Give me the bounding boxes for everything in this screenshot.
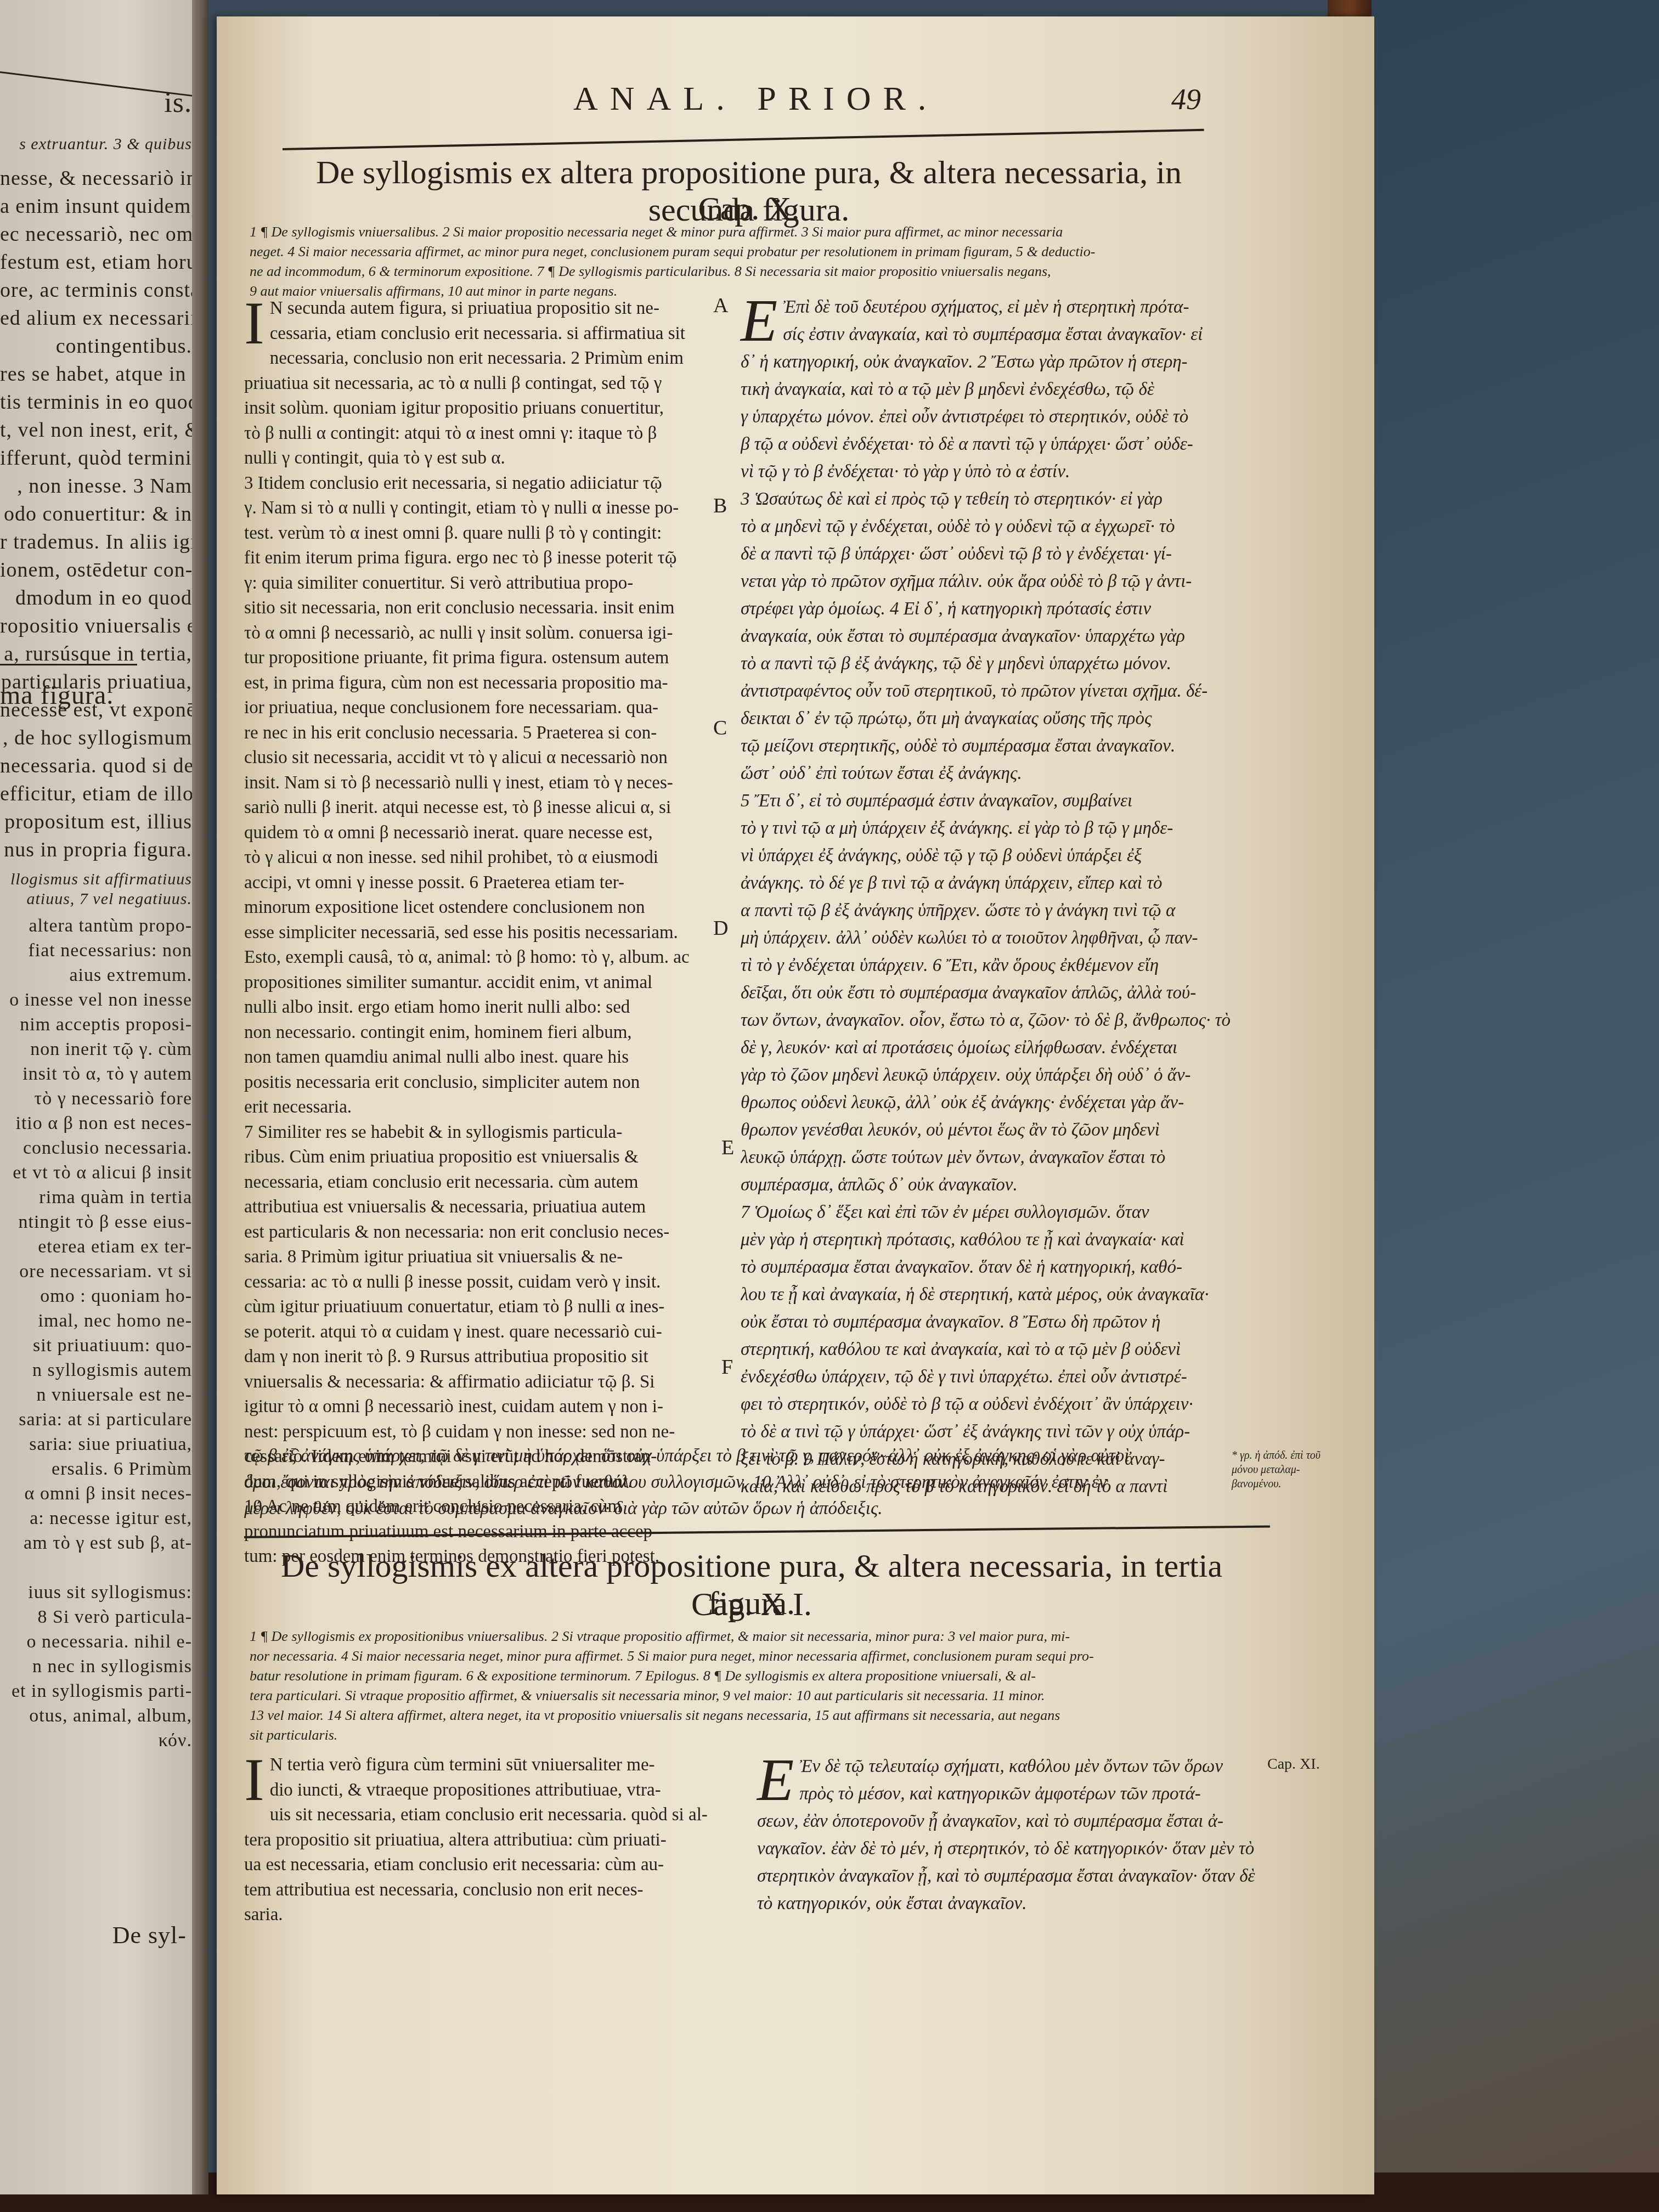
header-rule: [283, 129, 1204, 150]
dropcap-I: I: [244, 1755, 264, 1804]
right-page: ANAL. PRIOR. 49 De syllogismis ex altera…: [217, 16, 1374, 2194]
margin-letter-b: B: [713, 494, 727, 518]
left-text-block-a: nesse, & necessariò inesse,a enim insunt…: [0, 165, 192, 864]
running-head: ANAL. PRIOR.: [573, 80, 938, 119]
catchword: De syl-: [0, 1920, 187, 1951]
margin-letter-e: E: [721, 1136, 734, 1160]
section-rule: [0, 664, 137, 665]
margin-letter-d: D: [713, 916, 728, 940]
dropcap-E: Ε: [741, 296, 777, 345]
margin-chapter-label: Cap. XI.: [1267, 1756, 1320, 1773]
left-text-block-b: altera tantùm propo-fiat necessarius: no…: [0, 913, 192, 1753]
chapter-11-number: Cap. X I.: [244, 1585, 1259, 1623]
background-table: [1361, 0, 1659, 2212]
chapter-10-latin-column: I N secunda autem figura, si priuatiua p…: [244, 296, 727, 1570]
left-summary-top: s extruantur. 3 & quibus: [0, 134, 192, 154]
left-heading-fragment: ma figura.: [0, 680, 137, 711]
left-page: is. s extruantur. 3 & quibus nesse, & ne…: [0, 0, 208, 2194]
left-header-fragment: is.: [0, 88, 192, 119]
chapter-11-greek-column: Ε Ἐν δὲ τῷ τελευταίῳ σχήματι, καθόλου μὲ…: [757, 1753, 1262, 1917]
margin-letter-f: F: [721, 1355, 733, 1379]
marginal-note: * γρ. ἡ ἀπόδ. ἐπὶ τοῦ μόνου μεταλαμ- βαν…: [1232, 1448, 1330, 1491]
folio-number: 49: [1171, 82, 1201, 116]
margin-letter-c: C: [713, 716, 727, 740]
margin-letter-a: A: [713, 294, 728, 318]
dropcap-I: I: [244, 298, 264, 348]
chapter-10-greek-spanning: τῷ β ἐξ ἀνάγκης ὑπάρχει, τῷ δὲ γ τινὶ μὴ…: [244, 1443, 1259, 1522]
chapter-11-summary: 1 ¶ De syllogismis ex propositionibus vn…: [250, 1627, 1270, 1745]
chapter-10-summary: 1 ¶ De syllogismis vniuersalibus. 2 Si m…: [250, 222, 1215, 301]
page-gutter: [192, 0, 208, 2194]
left-summary-mid: llogismus sit affirmatiuusatiuus, 7 vel …: [0, 870, 192, 909]
chapter-11-latin-column: I N tertia verò figura cùm termini sūt v…: [244, 1753, 727, 1928]
chapter-10-greek-column: Ε Ἐπὶ δὲ τοῦ δευτέρου σχήματος, εἰ μὲν ἡ…: [741, 294, 1284, 1500]
dropcap-E: Ε: [757, 1755, 794, 1804]
